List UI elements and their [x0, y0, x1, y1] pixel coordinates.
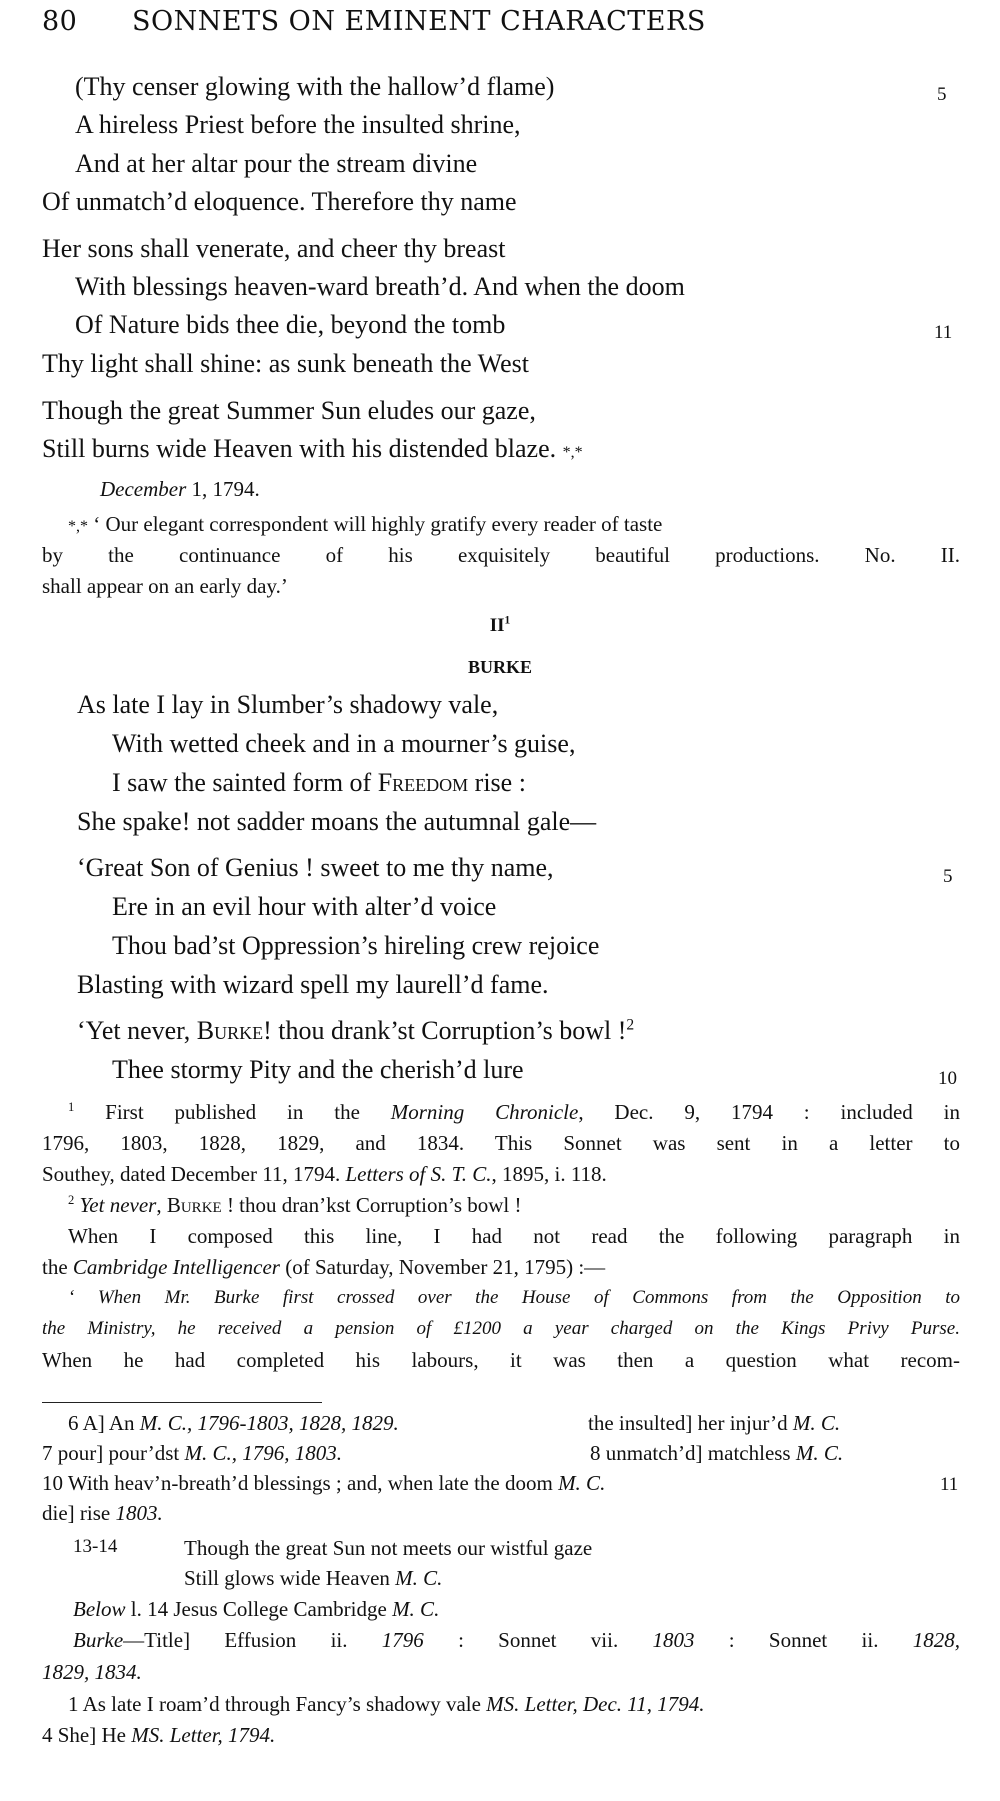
poem-line: Her sons shall venerate, and cheer thy b…: [42, 234, 505, 264]
poem-line-text: ! thou drank’st Corruption’s bowl !: [263, 1016, 626, 1045]
line-number: 11: [940, 1474, 958, 1496]
footnote-2-quote: ‘ When Mr. Burke first crossed over the …: [68, 1287, 960, 1309]
date-rest: 1, 1794.: [186, 477, 260, 501]
poem-line: With wetted cheek and in a mourner’s gui…: [112, 729, 575, 759]
variant-line: 1829, 1834.: [42, 1660, 142, 1685]
text: ! thou dran’kst Corruption’s bowl !: [222, 1193, 522, 1217]
text: , Dec. 9, 1794 : included in: [578, 1100, 960, 1124]
variant-line: Still glows wide Heaven M. C.: [184, 1566, 442, 1591]
poem-line: Of Nature bids thee die, beyond the tomb: [75, 310, 505, 340]
poem-line-text: I saw the sainted form of: [112, 768, 378, 797]
line-number: 5: [943, 866, 953, 888]
text: —Title] Effusion ii.: [123, 1628, 382, 1652]
footnote-1-line: Southey, dated December 11, 1794. Letter…: [42, 1162, 607, 1187]
poem-line: Of unmatch’d eloquence. Therefore thy na…: [42, 187, 517, 217]
poem-line: Blasting with wizard spell my laurell’d …: [77, 970, 549, 1000]
asterism: *,*: [68, 518, 88, 535]
footnote-2-line: 2 Yet never, Burke ! thou dran’kst Corru…: [68, 1193, 522, 1218]
variant-line: 8 unmatch’d] matchless M. C.: [590, 1441, 843, 1466]
text: M. C.: [392, 1597, 439, 1621]
poem-line: And at her altar pour the stream divine: [75, 149, 477, 179]
text: : Sonnet ii.: [695, 1628, 913, 1652]
text: MS. Letter, Dec. 11, 1794.: [486, 1692, 704, 1716]
poem-line: I saw the sainted form of Freedom rise :: [112, 768, 526, 798]
text: Southey, dated December 11, 1794.: [42, 1162, 345, 1186]
date-month: December: [100, 477, 186, 501]
line-number: 5: [937, 84, 947, 106]
variant-line: Burke—Title] Effusion ii. 1796 : Sonnet …: [73, 1628, 960, 1653]
poem-line: ‘Great Son of Genius ! sweet to me thy n…: [77, 853, 554, 883]
text: Morning Chronicle: [391, 1100, 579, 1124]
text: M. C., 1796, 1803.: [185, 1441, 343, 1465]
poem-line-text: rise :: [468, 768, 526, 797]
text: ,: [156, 1193, 167, 1217]
poem-line: Ere in an evil hour with alter’d voice: [112, 892, 496, 922]
poem-line: Still burns wide Heaven with his distend…: [42, 434, 583, 464]
variant-line: 4 She] He MS. Letter, 1794.: [42, 1723, 275, 1748]
footnote-ref: 1: [505, 615, 511, 627]
poem-line: Thee stormy Pity and the cherish’d lure: [112, 1055, 524, 1085]
poem-line: A hireless Priest before the insulted sh…: [75, 110, 521, 140]
variant-line: the insulted] her injur’d M. C.: [588, 1411, 840, 1436]
variant-line-number: 13-14: [73, 1536, 117, 1558]
text: 1 As late I roam’d through Fancy’s shado…: [68, 1692, 486, 1716]
poem-line-text: ‘Yet never,: [77, 1016, 197, 1045]
poem-line: Thy light shall shine: as sunk beneath t…: [42, 349, 529, 379]
variant-line: 7 pour] pour’dst M. C., 1796, 1803.: [42, 1441, 342, 1466]
text: 8 unmatch’d] matchless: [590, 1441, 796, 1465]
page-number: 80: [42, 6, 77, 37]
text: die] rise: [42, 1501, 115, 1525]
footnote-2-quote: the Ministry, he received a pension of £…: [42, 1318, 960, 1340]
variant-line: 10 With heav’n-breath’d blessings ; and,…: [42, 1471, 605, 1496]
text: the: [42, 1255, 73, 1279]
text: 1828,: [913, 1628, 960, 1652]
footnote-2-line: When he had completed his labours, it wa…: [42, 1348, 960, 1373]
poem-numeral: II1: [0, 615, 1000, 637]
text: 1803.: [115, 1501, 162, 1525]
text: Cambridge Intelligencer: [73, 1255, 280, 1279]
text: Burke: [73, 1628, 123, 1652]
text: M. C.: [796, 1441, 843, 1465]
text: M. C.: [793, 1411, 840, 1435]
text: Still glows wide Heaven: [184, 1566, 395, 1590]
note-line: shall appear on an early day.’: [42, 574, 288, 599]
text: M. C.: [395, 1566, 442, 1590]
footnote-rule: [42, 1402, 322, 1403]
text: First published in the: [74, 1100, 390, 1124]
variant-line: die] rise 1803.: [42, 1501, 163, 1526]
text: M. C., 1796-1803, 1828, 1829.: [140, 1411, 399, 1435]
running-title: SONNETS ON EMINENT CHARACTERS: [132, 6, 706, 37]
note-line: by the continuance of his exquisitely be…: [42, 543, 960, 568]
poem-line: (Thy censer glowing with the hallow’d fl…: [75, 72, 554, 102]
variant-line: Though the great Sun not meets our wistf…: [184, 1536, 592, 1561]
poem-line: As late I lay in Slumber’s shadowy vale,: [77, 690, 498, 720]
text: Burke: [167, 1193, 222, 1217]
poem-title: BURKE: [0, 657, 1000, 678]
poem-line: Thou bad’st Oppression’s hireling crew r…: [112, 931, 599, 961]
variant-line: 1 As late I roam’d through Fancy’s shado…: [68, 1692, 705, 1717]
text: Yet never: [74, 1193, 156, 1217]
footnote-1-line: 1796, 1803, 1828, 1829, and 1834. This S…: [42, 1131, 960, 1156]
poem-line: Though the great Summer Sun eludes our g…: [42, 396, 536, 426]
freedom-smallcaps: Freedom: [378, 768, 468, 797]
text: , 1895, i. 118.: [492, 1162, 607, 1186]
poem-line: She spake! not sadder moans the autumnal…: [77, 807, 596, 837]
footnote-1-line: 1 First published in the Morning Chronic…: [68, 1100, 960, 1125]
text: 1796: [382, 1628, 424, 1652]
asterism: *,*: [563, 444, 583, 461]
numeral: II: [490, 615, 505, 636]
text: 4 She] He: [42, 1723, 131, 1747]
line-number: 11: [934, 322, 952, 344]
poem-line: ‘Yet never, Burke! thou drank’st Corrupt…: [77, 1016, 634, 1046]
poem-line-text: Still burns wide Heaven with his distend…: [42, 434, 556, 463]
text: l. 14 Jesus College Cambridge: [126, 1597, 393, 1621]
variant-line: Below l. 14 Jesus College Cambridge M. C…: [73, 1597, 439, 1622]
line-number: 10: [938, 1068, 957, 1090]
poem-line: With blessings heaven-ward breath’d. And…: [75, 272, 685, 302]
footnote-2-line: the Cambridge Intelligencer (of Saturday…: [42, 1255, 605, 1280]
text: Letters of S. T. C.: [345, 1162, 491, 1186]
text: the insulted] her injur’d: [588, 1411, 793, 1435]
text: 10 With heav’n-breath’d blessings ; and,…: [42, 1471, 558, 1495]
burke-smallcaps: Burke: [197, 1016, 263, 1045]
text: (of Saturday, November 21, 1795) :—: [280, 1255, 605, 1279]
text: 6 A] An: [68, 1411, 140, 1435]
text: 1803: [653, 1628, 695, 1652]
poem-date: December 1, 1794.: [100, 477, 260, 502]
note-text: ‘ Our elegant correspondent will highly …: [93, 512, 662, 536]
note-line: *,* ‘ Our elegant correspondent will hig…: [68, 512, 662, 537]
text: Below: [73, 1597, 126, 1621]
book-page: 80 SONNETS ON EMINENT CHARACTERS (Thy ce…: [0, 0, 1000, 1801]
text: M. C.: [558, 1471, 605, 1495]
text: 7 pour] pour’dst: [42, 1441, 185, 1465]
text: MS. Letter, 1794.: [131, 1723, 275, 1747]
footnote-ref: 2: [626, 1016, 634, 1033]
variant-line: 6 A] An M. C., 1796-1803, 1828, 1829.: [68, 1411, 399, 1436]
footnote-2-line: When I composed this line, I had not rea…: [68, 1224, 960, 1249]
text: : Sonnet vii.: [424, 1628, 653, 1652]
